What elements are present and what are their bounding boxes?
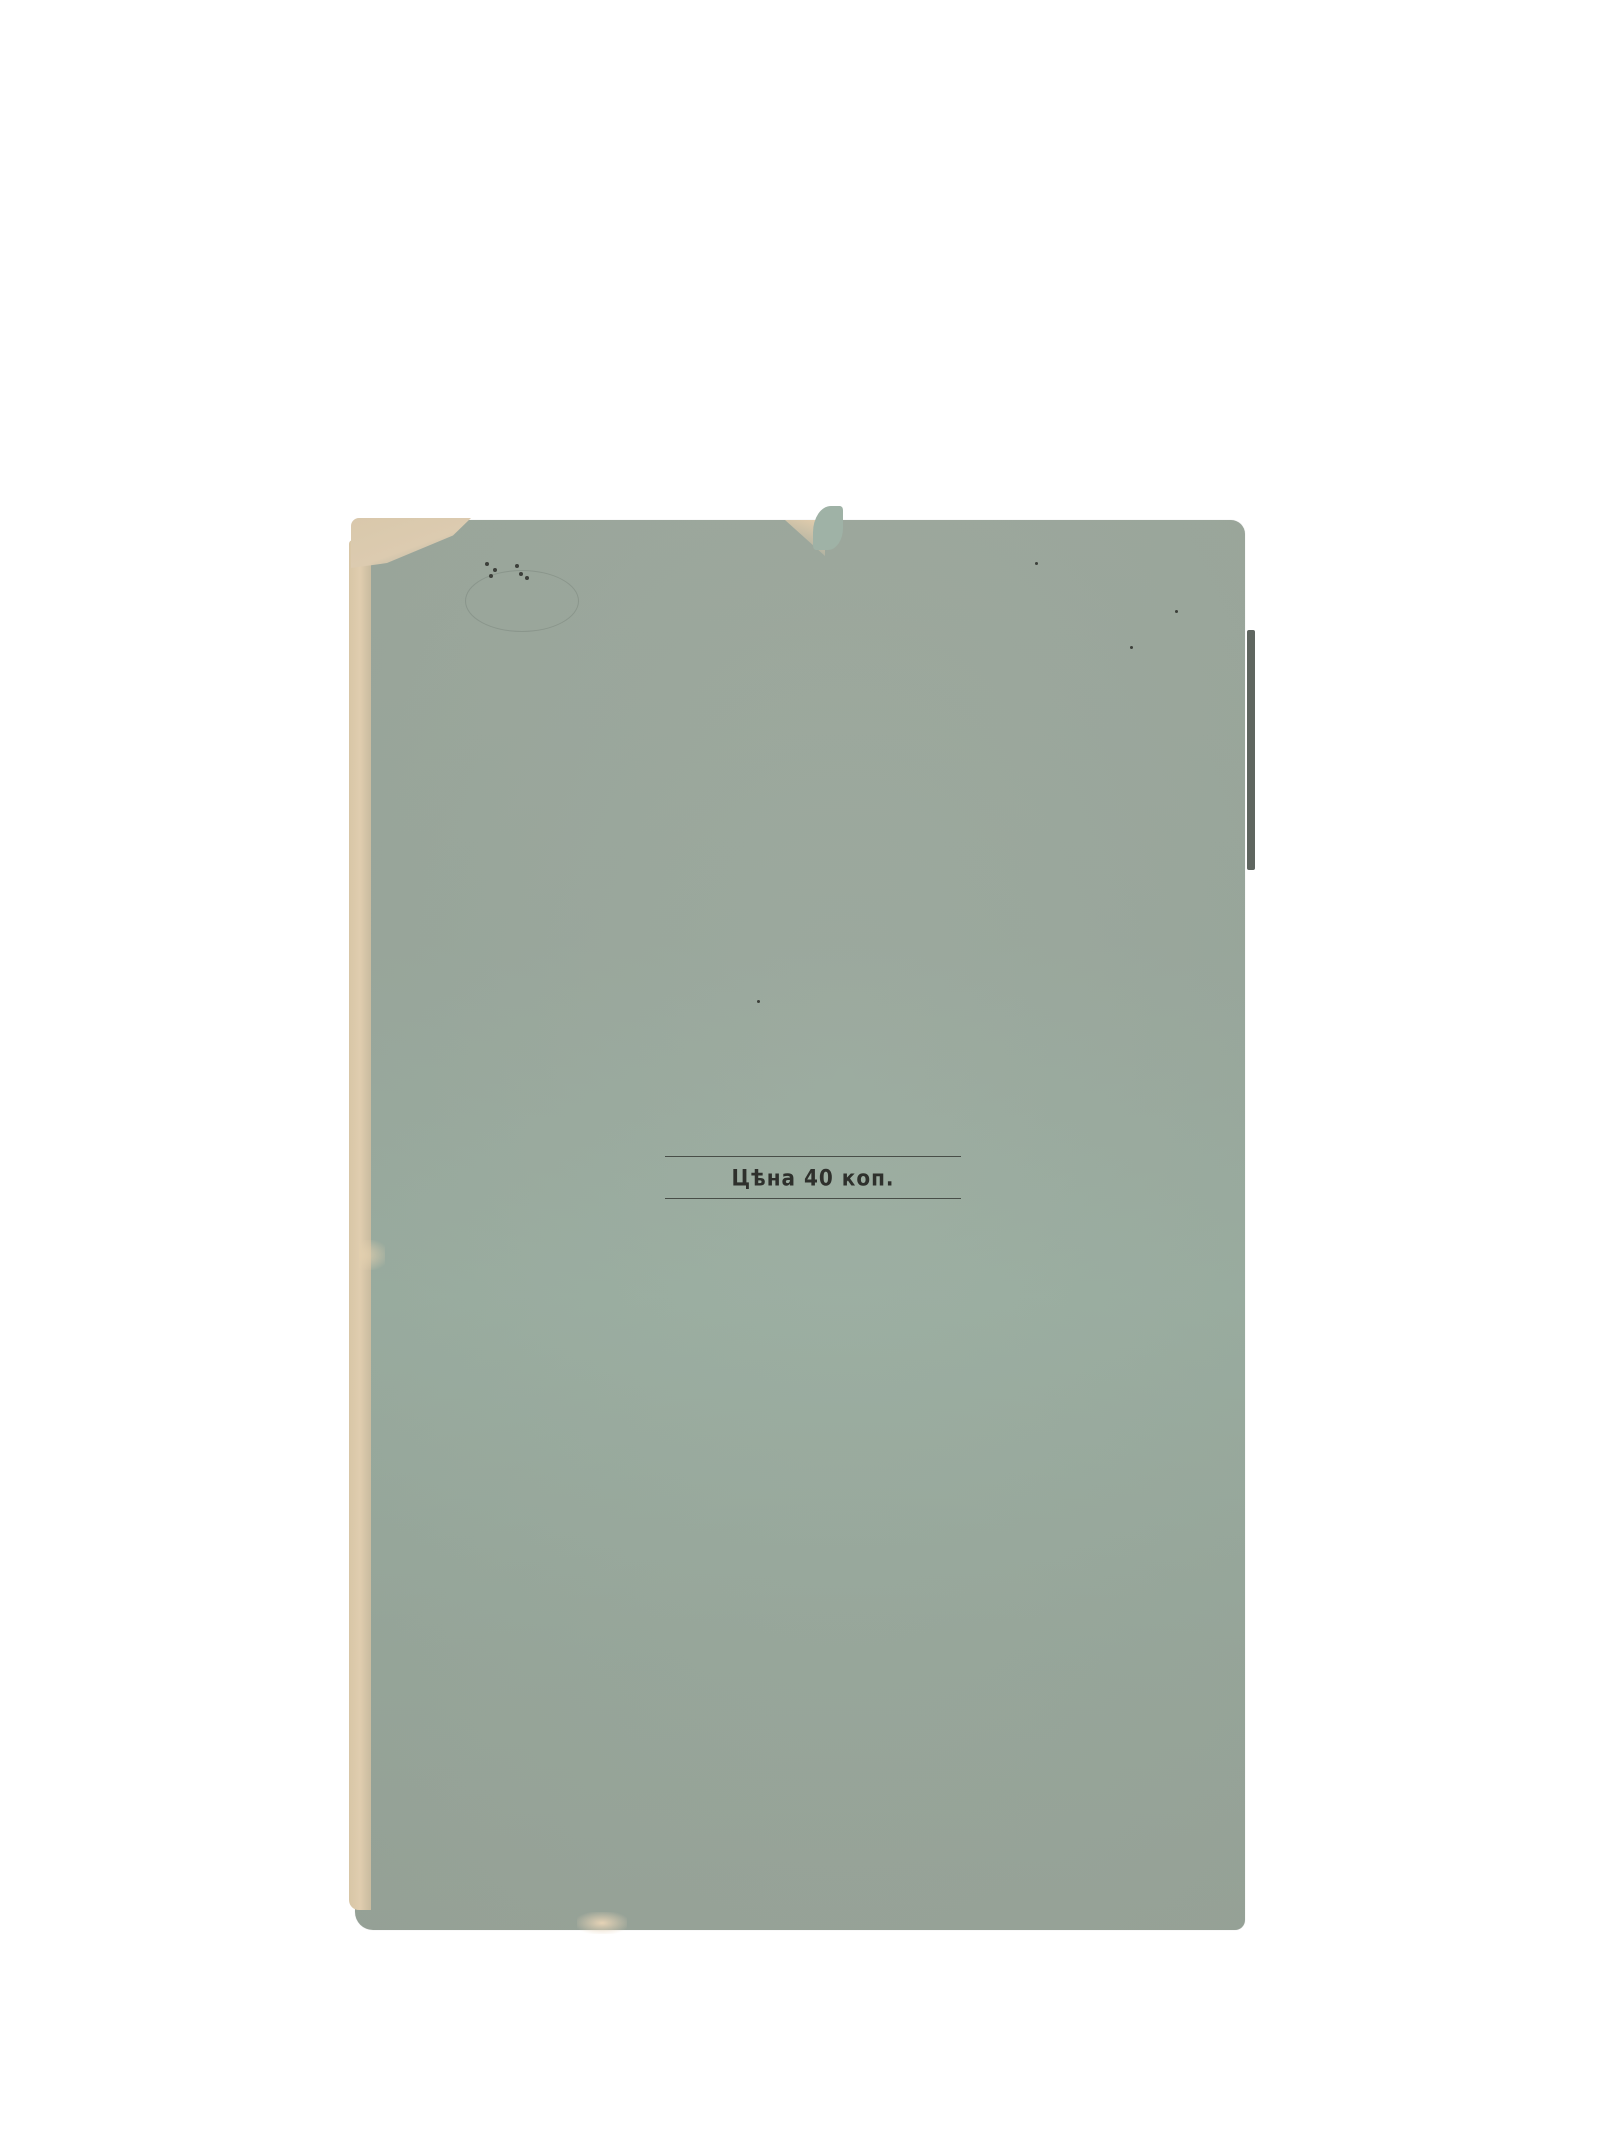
ink-dot — [489, 574, 493, 578]
price-label: Цѣна 40 коп. — [665, 1156, 961, 1199]
ink-dot — [519, 572, 523, 576]
scan-background: Цѣна 40 коп. — [0, 0, 1600, 2133]
ink-dot — [1175, 610, 1178, 613]
price-rule-bottom — [665, 1198, 961, 1199]
ink-dot — [493, 568, 497, 572]
worn-spine-edge — [349, 540, 371, 1910]
price-text: Цѣна 40 коп. — [665, 1155, 961, 1200]
book-back-cover: Цѣна 40 коп. — [355, 520, 1245, 1930]
ink-dot — [515, 564, 519, 568]
torn-flap-top — [813, 506, 843, 550]
worn-corner-top-left — [351, 518, 471, 568]
pencil-circle-mark — [465, 570, 579, 632]
ink-dot — [757, 1000, 760, 1003]
ink-dot — [1130, 646, 1133, 649]
wear-spot-left — [359, 1240, 385, 1270]
page-edge-right — [1247, 630, 1255, 870]
ink-dot — [1035, 562, 1038, 565]
ink-dot — [485, 562, 489, 566]
wear-spot-bottom — [577, 1912, 627, 1934]
ink-dot — [525, 576, 529, 580]
